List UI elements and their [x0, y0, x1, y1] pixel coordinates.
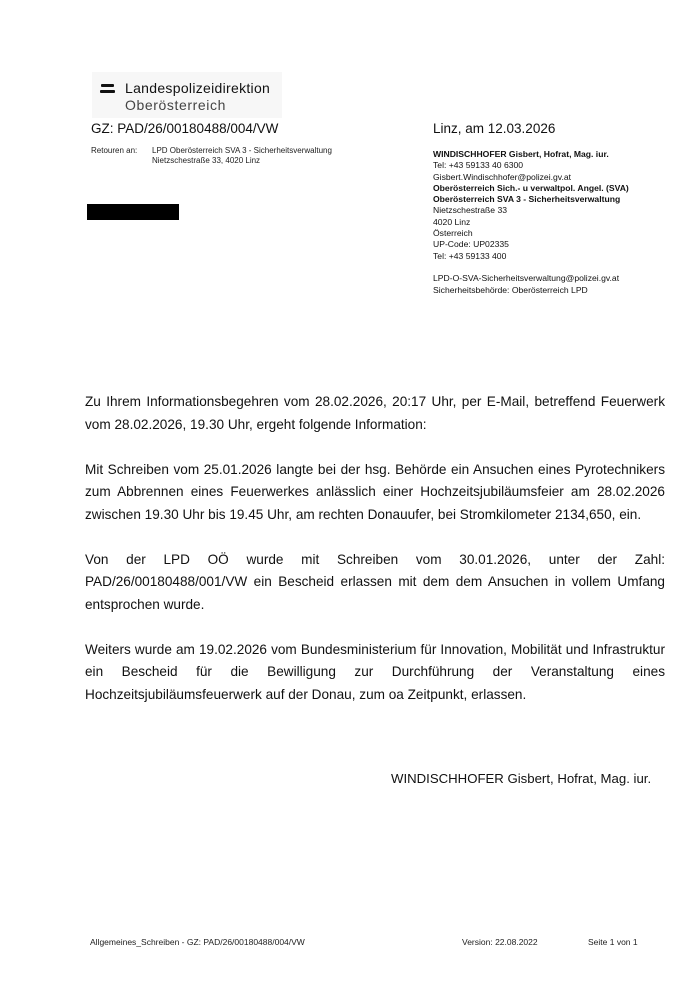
body-paragraph: Von der LPD OÖ wurde mit Schreiben vom 3…: [85, 549, 665, 617]
reference-number: GZ: PAD/26/00180488/004/VW: [91, 121, 278, 136]
return-address-label: Retouren an:: [91, 146, 137, 155]
sender-tel: Tel: +43 59133 40 6300: [433, 160, 629, 171]
logo-subtitle: Oberösterreich: [125, 97, 226, 113]
sender-tel-office: Tel: +43 59133 400: [433, 251, 629, 262]
letterhead-logo: Landespolizeidirektion Oberösterreich: [92, 72, 282, 118]
redacted-recipient: [87, 204, 179, 220]
sender-street: Nietzschestraße 33: [433, 205, 629, 216]
footer-doc-ref: Allgemeines_Schreiben - GZ: PAD/26/00180…: [90, 937, 305, 947]
footer-page: Seite 1 von 1: [588, 937, 638, 947]
sender-up-code: UP-Code: UP02335: [433, 239, 629, 250]
return-address: LPD Oberösterreich SVA 3 - Sicherheitsve…: [152, 146, 332, 166]
signature: WINDISCHHOFER Gisbert, Hofrat, Mag. iur.: [391, 771, 651, 786]
footer-version: Version: 22.08.2022: [462, 937, 538, 947]
sender-country: Österreich: [433, 228, 629, 239]
body-paragraph: Zu Ihrem Informationsbegehren vom 28.02.…: [85, 391, 665, 436]
sender-unit1: Oberösterreich Sich.- u verwaltpol. Ange…: [433, 183, 629, 194]
place-date: Linz, am 12.03.2026: [433, 121, 555, 136]
body-paragraph: Weiters wurde am 19.02.2026 vom Bundesmi…: [85, 639, 665, 707]
sender-email: Gisbert.Windischhofer@polizei.gv.at: [433, 172, 629, 183]
body-paragraph: Mit Schreiben vom 25.01.2026 langte bei …: [85, 459, 665, 527]
logo-title: Landespolizeidirektion: [125, 80, 270, 96]
sender-block: WINDISCHHOFER Gisbert, Hofrat, Mag. iur.…: [433, 149, 629, 296]
sender-unit2: Oberösterreich SVA 3 - Sicherheitsverwal…: [433, 194, 629, 205]
sender-authority: Sicherheitsbehörde: Oberösterreich LPD: [433, 285, 629, 296]
return-address-line2: Nietzschestraße 33, 4020 Linz: [152, 156, 332, 166]
sender-city: 4020 Linz: [433, 217, 629, 228]
austria-flag-bars-icon: [100, 84, 115, 93]
sender-name: WINDISCHHOFER Gisbert, Hofrat, Mag. iur.: [433, 149, 629, 160]
letter-body: Zu Ihrem Informationsbegehren vom 28.02.…: [85, 391, 665, 729]
return-address-line1: LPD Oberösterreich SVA 3 - Sicherheitsve…: [152, 146, 332, 156]
sender-office-email: LPD-O-SVA-Sicherheitsverwaltung@polizei.…: [433, 273, 629, 284]
